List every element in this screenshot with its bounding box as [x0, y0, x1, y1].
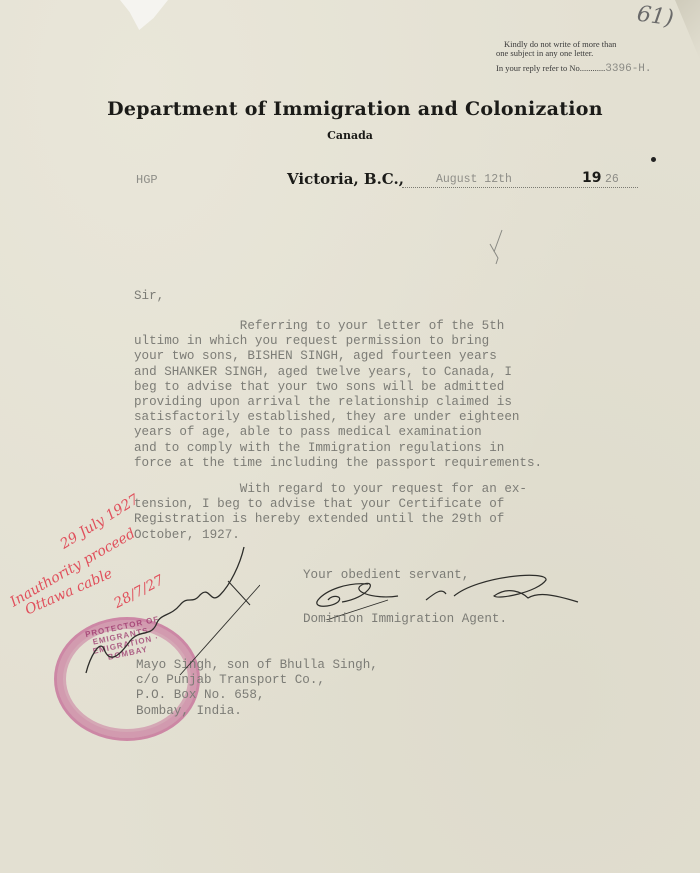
letter-page: 61) Kindly do not write of more than one… — [0, 0, 700, 873]
pen-initials-icon — [60, 545, 260, 695]
signatory-title: Dominion Immigration Agent. — [303, 612, 507, 626]
reply-reference: In your reply refer to No............339… — [496, 63, 652, 75]
corner-fold — [675, 0, 700, 60]
reply-dots: ........... — [582, 63, 605, 73]
initials: HGP — [136, 173, 158, 187]
reply-number: 3396-H. — [605, 63, 651, 75]
date: August 12th — [436, 173, 512, 186]
year-prefix: 19 — [582, 170, 601, 186]
date-dotted-line — [402, 187, 638, 188]
country-subheading: Canada — [0, 129, 700, 142]
kindly-note: Kindly do not write of more than one sub… — [496, 40, 656, 58]
reply-label: In your reply refer to No. — [496, 63, 582, 73]
pencil-tick-icon — [484, 228, 514, 268]
place: Victoria, B.C., — [287, 170, 404, 188]
kindly-line-2: one subject in any one letter. — [496, 48, 593, 58]
ink-dot — [651, 157, 656, 162]
department-heading: Department of Immigration and Colonizati… — [0, 98, 700, 120]
year-suffix: 26 — [605, 173, 619, 186]
paper-tear — [120, 0, 168, 30]
salutation: Sir, — [134, 289, 164, 303]
archive-page-number: 61) — [635, 2, 675, 32]
paragraph-1: Referring to your letter of the 5th ulti… — [134, 319, 654, 471]
